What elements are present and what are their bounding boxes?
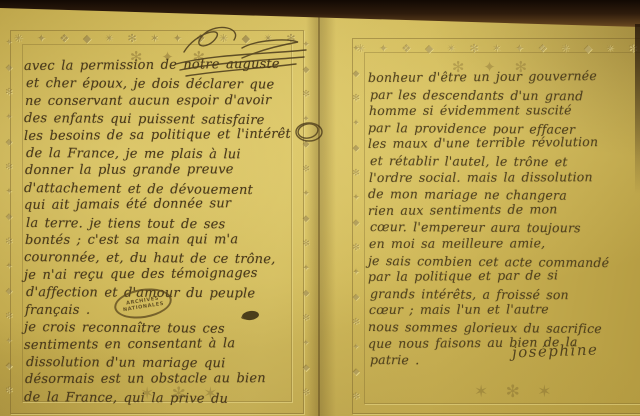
left-page: ✳ ✦ ❖ ◆ ✴ ✻ ✶ ✦ ❖ ✳ ◆ ✴ ✻ ✶ ✦ ❖ ✳ ◆ ✴ ✻ … — [6, 24, 312, 416]
photograph-of-manuscript: ✦ ◆ ✻ ✦ ◆ ✻ ✦ ◆ ✻ ✦ ◆ ✻ ✦ ◆ ✻ ✦ ◆ ✻ ✳ ✦ … — [0, 0, 640, 416]
left-page-text: avec la permission de notre auguste et c… — [24, 58, 291, 406]
manuscript-line: ne conservant aucun espoir d'avoir — [25, 92, 292, 110]
manuscript-line: cœur ; mais l'un et l'autre — [369, 301, 610, 318]
manuscript-line: homme si évidemment suscité — [369, 102, 610, 119]
manuscript-line: rien aux sentiments de mon — [368, 201, 609, 220]
manuscript-line: je n'ai reçu que des témoignages — [24, 265, 291, 285]
manuscript-line: de la France, qui la prive du — [24, 389, 291, 409]
right-page-text: bonheur d'être un jour gouvernée par les… — [368, 70, 609, 369]
manuscript-line: donner la plus grande preuve — [25, 162, 292, 180]
right-page: ✳ ✦ ❖ ◆ ✴ ✻ ✶ ✦ ❖ ✳ ◆ ✴ ✻ ✶ ✦ ❖ ✳ ◆ ✴ ✻ … — [348, 30, 640, 416]
manuscript-line: l'ordre social. mais la dissolution — [369, 169, 610, 186]
manuscript-line: désormais est un obstacle au bien — [25, 370, 292, 388]
manuscript-line: en moi sa meilleure amie, — [369, 235, 610, 252]
manuscript-line: les maux d'une terrible révolution — [368, 134, 609, 153]
ink-scribble — [146, 24, 316, 84]
manuscript-line: par la politique et par de si — [368, 267, 609, 286]
josephine-signature: joséphine — [512, 340, 599, 361]
photo-frame-right-edge — [635, 24, 640, 194]
manuscript-line: sentiments en consentant à la — [24, 334, 291, 354]
right-page-gutter-border: ✦ ◆ ✻ ✦ ◆ ✻ ✦ ◆ ✻ ✦ ◆ ✻ ✦ ◆ ✻ ✦ ◆ ✻ — [348, 44, 364, 416]
manuscript-line: les besoins de sa politique et l'intérêt — [24, 125, 291, 145]
manuscript-line: qui ait jamais été donnée sur — [24, 195, 291, 215]
center-crease-line — [318, 10, 320, 416]
right-page-bottom-motif: ✶ ✻ ✶ — [474, 382, 558, 402]
center-fold-shading — [306, 8, 336, 416]
manuscript-line: bonheur d'être un jour gouvernée — [368, 68, 609, 87]
manuscript-line: bontés ; c'est sa main qui m'a — [25, 231, 292, 249]
